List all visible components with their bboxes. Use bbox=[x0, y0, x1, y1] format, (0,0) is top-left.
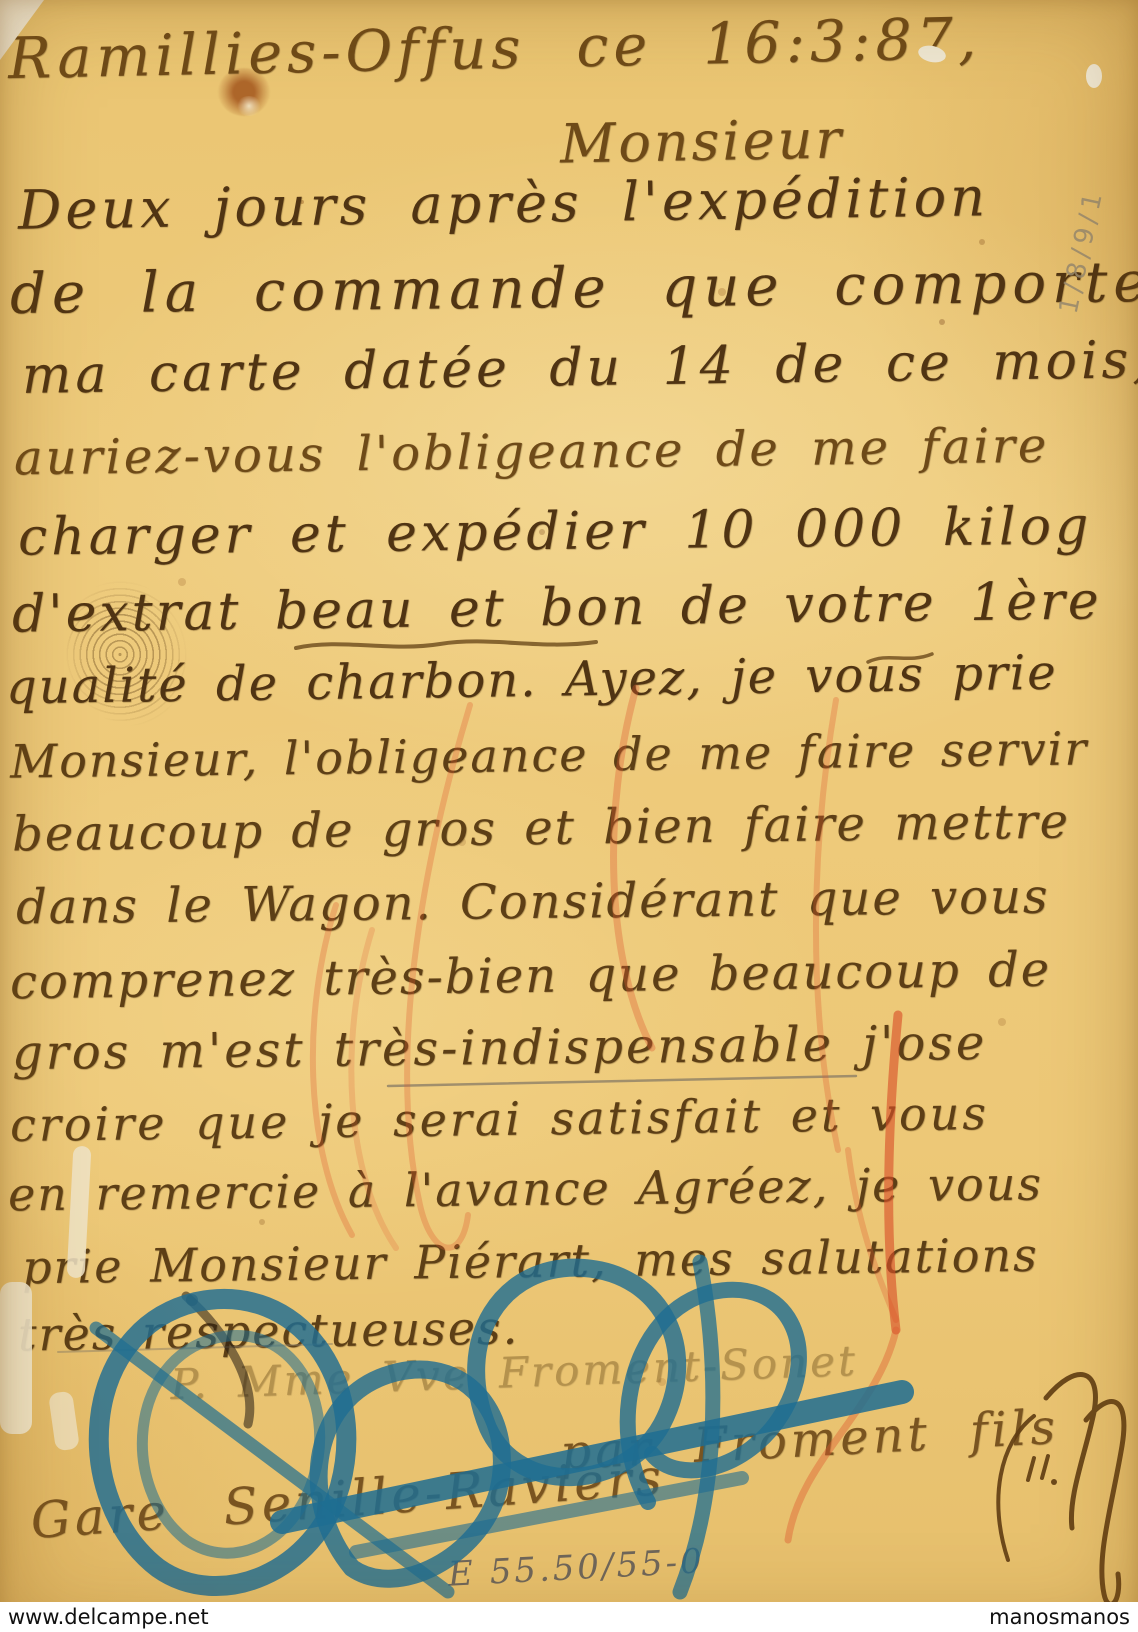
watermark-bar: www.delcampe.net manosmanos bbox=[0, 1602, 1138, 1632]
handwriting-line: charger et expédier 10 000 kilog bbox=[18, 496, 1093, 567]
pencil-price-note: E 55.50/55-0 bbox=[447, 1541, 706, 1594]
handwriting-line: dans le Wagon. Considérant que vous bbox=[16, 869, 1050, 936]
handwriting-line: comprenez très-bien que beaucoup de bbox=[10, 942, 1052, 1011]
postcard-scan: Ramillies-Offus ce 16:3:87, Monsieur Deu… bbox=[0, 0, 1138, 1632]
handwriting-line: croire que je serai satisfait et vous bbox=[10, 1086, 990, 1152]
handwriting-line: de la commande que comporte bbox=[10, 250, 1138, 327]
handwriting-line: Deux jours après l'expédition bbox=[18, 165, 990, 242]
edge-nick bbox=[1086, 64, 1102, 88]
stain-highlight bbox=[236, 96, 262, 116]
edge-tear-left bbox=[48, 1391, 80, 1452]
salutation: Monsieur bbox=[559, 108, 844, 176]
handwriting-line: Monsieur, l'obligeance de me faire servi… bbox=[10, 721, 1089, 788]
watermark-left: www.delcampe.net bbox=[8, 1605, 209, 1629]
handwriting-line: Gare Senille-Raviers bbox=[29, 1448, 667, 1550]
handwriting-line: prie Monsieur Piérart, mes salutations bbox=[22, 1228, 1039, 1294]
handwriting-line: gros m'est très-indispensable j'ose bbox=[12, 1015, 988, 1081]
handwriting-line: beaucoup de gros et bien faire mettre bbox=[12, 794, 1071, 863]
handwriting-line: auriez-vous l'obligeance de me faire bbox=[14, 418, 1050, 487]
dateline: Ramillies-Offus ce 16:3:87, bbox=[7, 6, 981, 92]
watermark-right: manosmanos bbox=[989, 1605, 1130, 1629]
handwriting-line: en remercie à l'avance Agréez, je vous bbox=[8, 1157, 1043, 1222]
handwriting-line: d'extrat beau et bon de votre 1ère bbox=[12, 571, 1102, 644]
handwriting-line: ma carte datée du 14 de ce mois, bbox=[22, 330, 1138, 406]
